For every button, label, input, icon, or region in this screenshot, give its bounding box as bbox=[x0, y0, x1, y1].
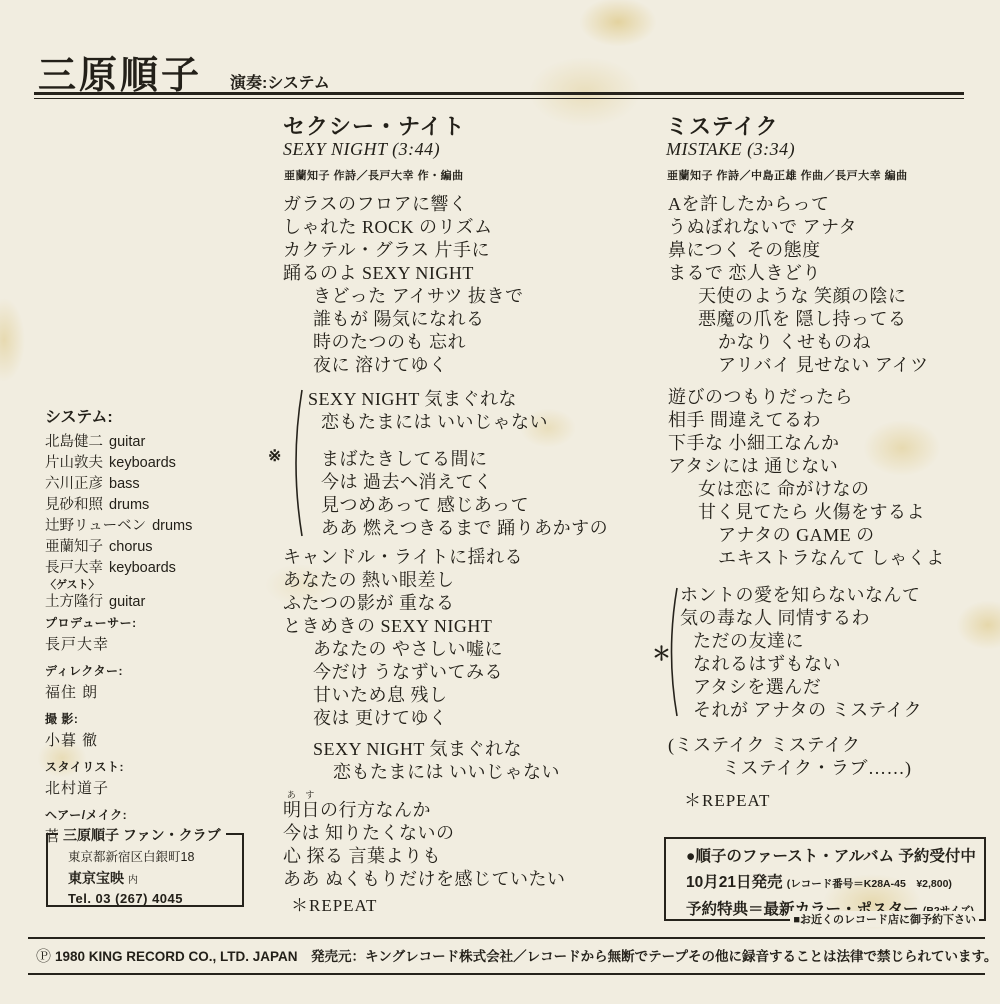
lyric-line: まばたきしてる間に bbox=[308, 448, 628, 471]
lyric-line: カクテル・グラス 片手に bbox=[283, 239, 523, 262]
sexy-night-verse1: ガラスのフロアに響くしゃれた ROCK のリズムカクテル・グラス 片手に踊るのよ… bbox=[283, 193, 523, 377]
lyric-line: 甘いため息 残し bbox=[283, 684, 523, 707]
sexy-night-chorus-a: SEXY NIGHT 気まぐれな恋もたまには いいじゃない bbox=[308, 388, 628, 434]
member-row: 片山敦夫keyboards bbox=[45, 453, 192, 474]
song-credit-mistake: 亜蘭知子 作詩／中島正雄 作曲／長戸大幸 編曲 bbox=[667, 167, 908, 183]
member-row: 六川正彦bass bbox=[45, 474, 192, 495]
sexy-night-repeat-note: ＊REPEAT bbox=[291, 891, 377, 916]
fan-club-company: 東京宝映 内 bbox=[68, 868, 242, 888]
member-name: 土方隆行 bbox=[45, 594, 103, 610]
sexy-night-chorus-repeat: SEXY NIGHT 気まぐれな恋もたまには いいじゃない bbox=[283, 738, 560, 784]
fan-club-address: 東京都新宿区白銀町18 bbox=[68, 847, 242, 865]
lyric-line: なれるはずもない bbox=[680, 653, 992, 676]
chorus-bracket-icon bbox=[666, 586, 678, 718]
system-members: 北島健二guitar 片山敦夫keyboards 六川正彦bass 見砂和照dr… bbox=[45, 432, 192, 579]
lyric-line: 鼻につく その態度 bbox=[668, 239, 929, 262]
fan-club-company-name: 東京宝映 bbox=[68, 870, 124, 886]
member-instrument: drums bbox=[152, 518, 192, 534]
lyric-line: ああ ぬくもりだけを感じていたい bbox=[283, 868, 566, 891]
system-heading: システム: bbox=[45, 404, 113, 427]
fan-club-title: 三原順子 ファン・クラブ bbox=[58, 825, 226, 845]
lyric-line: アタシには 通じない bbox=[668, 455, 945, 478]
mistake-repeat-note: ＊REPEAT bbox=[684, 786, 770, 811]
lyric-line: しゃれた ROCK のリズム bbox=[283, 216, 523, 239]
staff-name: 小暮 徹 bbox=[45, 729, 137, 750]
album-footer-note: ■お近くのレコード店に御予約下さい bbox=[790, 911, 979, 927]
artist-name: 三原順子 bbox=[38, 44, 202, 99]
mistake-coda: (ミステイク ミステイクミステイク・ラブ……) bbox=[668, 734, 912, 780]
member-row: 辻野リューベンdrums bbox=[45, 516, 192, 537]
lyric-line: 悪魔の爪を 隠し持ってる bbox=[668, 308, 929, 331]
lyric-line: 甘く見てたら 火傷をするよ bbox=[668, 501, 945, 524]
lyric-line: ガラスのフロアに響く bbox=[283, 193, 523, 216]
member-row: 亜蘭知子chorus bbox=[45, 537, 192, 558]
staff-role: プロデューサー: bbox=[45, 614, 137, 631]
chorus-bracket-icon bbox=[290, 388, 303, 538]
staff-item: プロデューサー: 長戸大幸 bbox=[45, 614, 137, 654]
member-instrument: guitar bbox=[109, 594, 145, 610]
lyric-line: ああ 燃えつきるまで 踊りあかすの bbox=[308, 517, 628, 540]
member-name: 見砂和照 bbox=[45, 497, 103, 513]
staff-role: スタイリスト: bbox=[45, 758, 137, 775]
lyric-line: SEXY NIGHT 気まぐれな bbox=[308, 388, 628, 411]
lyric-line: 時のたつのも 忘れ bbox=[283, 331, 523, 354]
mistake-chorus-lines: ホントの愛を知らないなんて気の毒な人 同情するわただの友達になれるはずもないアタ… bbox=[680, 584, 992, 722]
mistake-chorus-block: ＊ ホントの愛を知らないなんて気の毒な人 同情するわただの友達になれるはずもない… bbox=[652, 584, 992, 722]
staff-name: 長戸大幸 bbox=[45, 633, 137, 654]
lyric-line: 踊るのよ SEXY NIGHT bbox=[283, 262, 523, 285]
chorus-mark: ※ bbox=[268, 446, 281, 466]
staff-item: ディレクター: 福住 朗 bbox=[45, 662, 137, 702]
member-row: 北島健二guitar bbox=[45, 432, 192, 453]
copyright-strip: Ⓟ1980 KING RECORD CO., LTD. JAPAN 発売元：キン… bbox=[28, 937, 985, 975]
lyric-line: 夜に 溶けてゆく bbox=[283, 354, 523, 377]
staff-name: 福住 朗 bbox=[45, 681, 137, 702]
lyric-line: SEXY NIGHT 気まぐれな bbox=[283, 738, 560, 761]
album-release-date: 10月21日発売 bbox=[686, 874, 782, 891]
lyric-line: エキストラなんて しゃくよ bbox=[668, 547, 945, 570]
record-sleeve-back: 三原順子 演奏:システム セクシー・ナイト SEXY NIGHT (3:44) … bbox=[0, 0, 1000, 1004]
lyric-line: 今は 知りたくないの bbox=[283, 822, 566, 845]
song-title-en-mistake: MISTAKE (3:34) bbox=[666, 139, 795, 160]
sexy-night-chorus-block: ※ SEXY NIGHT 気まぐれな恋もたまには いいじゃない まばたきしてる間… bbox=[268, 388, 628, 540]
member-name: 片山敦夫 bbox=[45, 455, 103, 471]
lyric-line: 明日あすの行方なんか bbox=[283, 790, 566, 822]
fan-club-tel: Tel. 03 (267) 4045 bbox=[68, 891, 242, 906]
song-title-en-sexy-night: SEXY NIGHT (3:44) bbox=[283, 139, 440, 160]
lyric-line: 夜は 更けてゆく bbox=[283, 707, 523, 730]
member-instrument: drums bbox=[109, 497, 149, 513]
lyric-line: 遊びのつもりだったら bbox=[668, 386, 945, 409]
lyric-line: 気の毒な人 同情するわ bbox=[680, 607, 992, 630]
album-release-line: 10月21日発売 (レコード番号＝K28A-45 ¥2,800) bbox=[686, 870, 984, 897]
song-credit-sexy-night: 亜蘭知子 作詩／長戸大幸 作・編曲 bbox=[284, 167, 464, 183]
sexy-night-chorus-b: まばたきしてる間に今は 過去へ消えてく見つめあって 感じあってああ 燃えつきるま… bbox=[308, 448, 628, 540]
lyric-line: 心 探る 言葉よりも bbox=[283, 845, 566, 868]
lyric-line: ふたつの影が 重なる bbox=[283, 592, 523, 615]
lyric-line: 今は 過去へ消えてく bbox=[308, 471, 628, 494]
staff-name: 北村道子 bbox=[45, 777, 137, 798]
staff-credits: プロデューサー: 長戸大幸 ディレクター: 福住 朗 撮 影: 小暮 徹 スタイ… bbox=[45, 614, 137, 854]
member-name: 北島健二 bbox=[45, 434, 103, 450]
member-name: 長戸大幸 bbox=[45, 560, 103, 576]
guest-members: 土方隆行guitar bbox=[45, 592, 145, 613]
member-name: 亜蘭知子 bbox=[45, 539, 103, 555]
header-rule bbox=[34, 92, 964, 99]
member-instrument: chorus bbox=[109, 539, 153, 555]
member-instrument: keyboards bbox=[109, 560, 176, 576]
member-row: 見砂和照drums bbox=[45, 495, 192, 516]
lyric-line: うぬぼれないで アナタ bbox=[668, 216, 929, 239]
lyric-line: 見つめあって 感じあって bbox=[308, 494, 628, 517]
album-headline: ●順子のファースト・アルバム 予約受付中 bbox=[686, 844, 984, 870]
member-name: 辻野リューベン bbox=[45, 518, 146, 534]
lyric-line: きどった アイサツ 抜きで bbox=[283, 285, 523, 308]
lyric-line: ときめきの SEXY NIGHT bbox=[283, 615, 523, 638]
lyric-line: ただの友達に bbox=[680, 630, 992, 653]
lyric-line: まるで 恋人きどり bbox=[668, 262, 929, 285]
member-row: 土方隆行guitar bbox=[45, 592, 145, 613]
fan-club-body: 東京都新宿区白銀町18 東京宝映 内 Tel. 03 (267) 4045 bbox=[48, 835, 242, 906]
staff-item: スタイリスト: 北村道子 bbox=[45, 758, 137, 798]
lyric-line: (ミステイク ミステイク bbox=[668, 734, 912, 757]
lyric-line: あなたの やさしい嘘に bbox=[283, 638, 523, 661]
lyric-line: 下手な 小細工なんか bbox=[668, 432, 945, 455]
mistake-verse1: Aを許したからってうぬぼれないで アナタ鼻につく その態度まるで 恋人きどり天使… bbox=[668, 193, 929, 377]
staff-item: 撮 影: 小暮 徹 bbox=[45, 710, 137, 750]
lyric-line: 女は恋に 命がけなの bbox=[668, 478, 945, 501]
song-title-jp-mistake: ミステイク bbox=[666, 110, 779, 141]
staff-role: 撮 影: bbox=[45, 710, 137, 727]
lyric-line: 相手 間違えてるわ bbox=[668, 409, 945, 432]
member-instrument: keyboards bbox=[109, 455, 176, 471]
lyric-line: Aを許したからって bbox=[668, 193, 929, 216]
song-title-jp-sexy-night: セクシー・ナイト bbox=[283, 110, 465, 141]
lyric-line: 今だけ うなずいてみる bbox=[283, 661, 523, 684]
staff-role: ディレクター: bbox=[45, 662, 137, 679]
lyric-line: かなり くせものね bbox=[668, 331, 929, 354]
performance-credit: 演奏:システム bbox=[230, 70, 330, 93]
lyric-line: キャンドル・ライトに揺れる bbox=[283, 546, 523, 569]
phonogram-mark: Ⓟ bbox=[36, 948, 51, 965]
fan-club-box: 三原順子 ファン・クラブ 東京都新宿区白銀町18 東京宝映 内 Tel. 03 … bbox=[46, 833, 244, 907]
sexy-night-verse2: キャンドル・ライトに揺れるあなたの 熱い眼差しふたつの影が 重なるときめきの S… bbox=[283, 546, 523, 730]
lyric-line: 恋もたまには いいじゃない bbox=[308, 411, 628, 434]
copyright-text: 1980 KING RECORD CO., LTD. JAPAN 発売元：キング… bbox=[55, 949, 997, 964]
member-instrument: bass bbox=[109, 476, 140, 492]
member-instrument: guitar bbox=[109, 434, 145, 450]
guest-heading: 〈ゲスト〉 bbox=[45, 576, 100, 592]
lyric-line: それが アナタの ミステイク bbox=[680, 699, 992, 722]
lyric-line: ミステイク・ラブ……) bbox=[668, 757, 912, 780]
lyric-line: 天使のような 笑顔の陰に bbox=[668, 285, 929, 308]
lyric-line: ホントの愛を知らないなんて bbox=[680, 584, 992, 607]
lyric-line: アリバイ 見せない アイツ bbox=[668, 354, 929, 377]
staff-role: ヘアー/メイク: bbox=[45, 806, 137, 823]
lyric-line: あなたの 熱い眼差し bbox=[283, 569, 523, 592]
mistake-verse2: 遊びのつもりだったら相手 間違えてるわ下手な 小細工なんかアタシには 通じない女… bbox=[668, 386, 945, 570]
lyric-line: アタシを選んだ bbox=[680, 676, 992, 699]
lyric-line: 恋もたまには いいじゃない bbox=[283, 761, 560, 784]
album-preorder-box: ●順子のファースト・アルバム 予約受付中 10月21日発売 (レコード番号＝K2… bbox=[664, 837, 986, 921]
album-release-note: (レコード番号＝K28A-45 ¥2,800) bbox=[787, 878, 952, 890]
sexy-night-verse3: 明日あすの行方なんか今は 知りたくないの心 探る 言葉よりもああ ぬくもりだけを… bbox=[283, 790, 566, 891]
lyric-line: 誰もが 陽気になれる bbox=[283, 308, 523, 331]
fan-club-company-suffix: 内 bbox=[128, 875, 138, 886]
lyric-line: アナタの GAME の bbox=[668, 524, 945, 547]
member-name: 六川正彦 bbox=[45, 476, 103, 492]
